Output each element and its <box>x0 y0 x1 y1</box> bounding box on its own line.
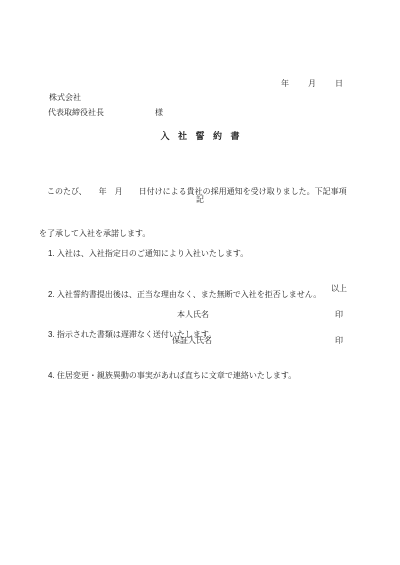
record-marker: 記 <box>0 196 400 204</box>
closing-marker: 以上 <box>0 285 347 293</box>
pledge-item-1: 1. 入社は、入社指定日のご通知により入社いたします。 <box>48 247 321 261</box>
addressee-title: 代表取締役社長 <box>48 109 104 117</box>
pledge-item-4: 4. 住居変更・親族異動の事実があれば直ちに文章で連絡いたします。 <box>48 369 321 383</box>
date-line: 年 月 日 <box>0 80 344 88</box>
document-title: 入社誓約書 <box>0 132 400 141</box>
signature-label-self: 本人氏名 <box>177 311 209 319</box>
sender-company: 株式会社 <box>49 94 81 102</box>
seal-mark-guarantor: 印 <box>335 337 343 345</box>
signature-label-guarantor: 保証人氏名 <box>172 337 212 345</box>
addressee-honorific: 様 <box>155 109 163 117</box>
seal-mark-self: 印 <box>335 311 343 319</box>
pledge-document-page: 年 月 日 株式会社 代表取締役社長 様 入社誓約書 このたび、 年 月 日付け… <box>0 0 400 565</box>
